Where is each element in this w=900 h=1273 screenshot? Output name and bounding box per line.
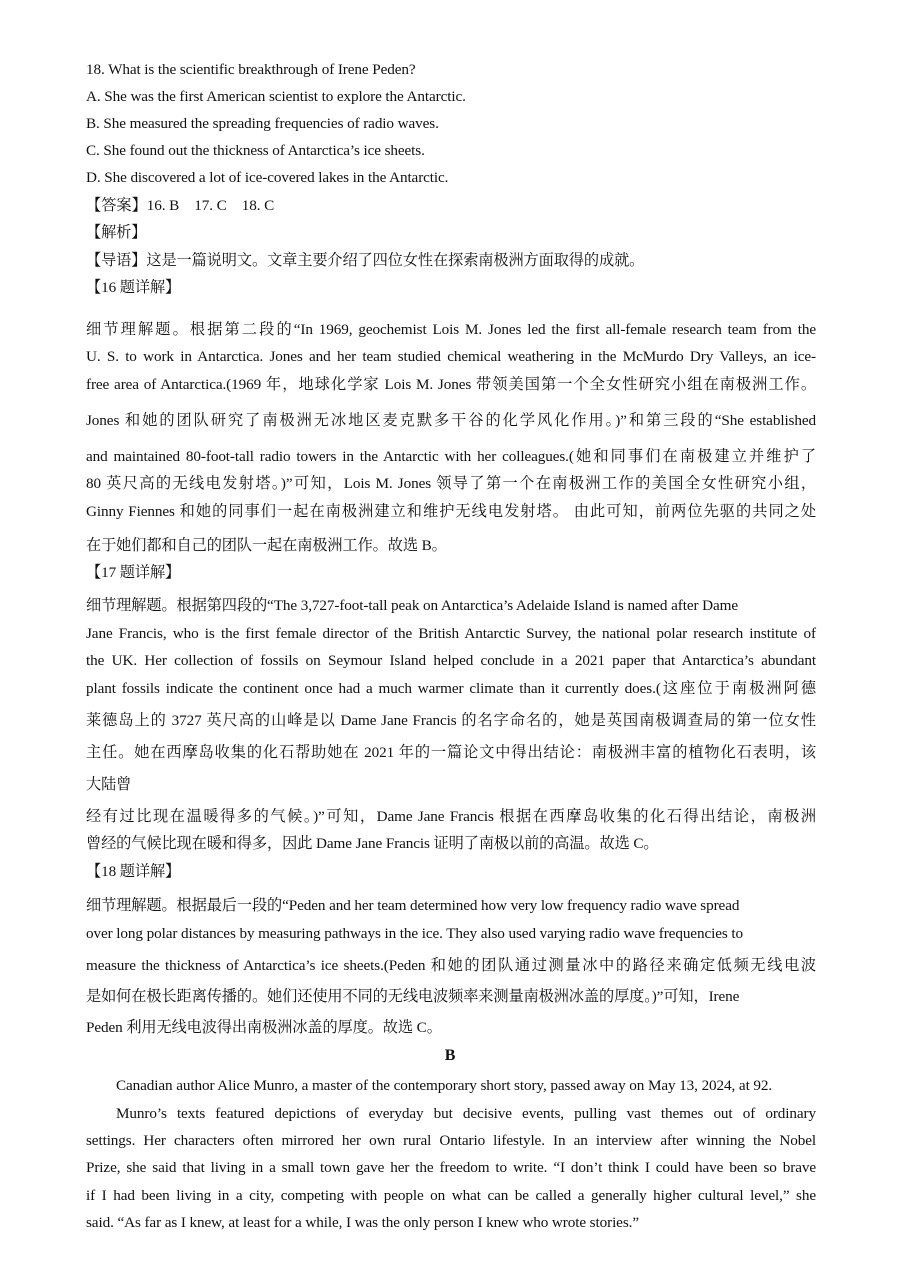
document-page: 18. What is the scientific breakthrough … [0, 0, 900, 1273]
q18-line: Peden 利用无线电波得出南极洲冰盖的厚度。故选 C。 [86, 1018, 442, 1038]
passage-b-para1: Canadian author Alice Munro, a master of… [116, 1076, 772, 1096]
q17-line: 大陆曾 [86, 775, 131, 795]
q16-line: 在于她们都和自己的团队一起在南极洲工作。故选 B。 [86, 536, 447, 556]
q18-line: 是如何在极长距离传播的。她们还使用不同的无线电波频率来测量南极洲冰盖的厚度。)”… [86, 987, 739, 1007]
q16-line: 细节理解题。根据第二段的“In 1969, geochemist Lois M.… [86, 320, 816, 340]
analysis-label: 【解析】 [86, 223, 146, 243]
q17-line: the UK. Her collection of fossils on Sey… [86, 651, 816, 671]
answer-label: 【答案】 [86, 197, 147, 214]
analysis-intro: 【导语】这是一篇说明文。文章主要介绍了四位女性在探索南极洲方面取得的成就。 [86, 251, 644, 271]
option-c: C. She found out the thickness of Antarc… [86, 141, 425, 161]
q17-line: 曾经的气候比现在暖和得多，因此 Dame Jane Francis 证明了南极以… [86, 834, 659, 854]
option-d: D. She discovered a lot of ice-covered l… [86, 168, 448, 188]
q16-line: Jones 和她的团队研究了南极洲无冰地区麦克默多干谷的化学风化作用。)”和第三… [86, 411, 816, 431]
q17-line: 细节理解题。根据第四段的“The 3,727-foot-tall peak on… [86, 596, 738, 616]
question-18-stem: 18. What is the scientific breakthrough … [86, 60, 416, 80]
passage-b-para2-line: Prize, she said that living in a small t… [86, 1158, 816, 1178]
passage-b-title: B [0, 1046, 900, 1066]
option-a: A. She was the first American scientist … [86, 87, 466, 107]
q18-line: 细节理解题。根据最后一段的“Peden and her team determi… [86, 896, 739, 916]
q16-line: free area of Antarctica.(1969 年，地球化学家 Lo… [86, 375, 816, 395]
q17-heading: 【17 题详解】 [86, 563, 180, 583]
passage-b-para2-line: if I had been living in a city, competin… [86, 1186, 816, 1206]
answer-line: 【答案】16. B 17. C 18. C [86, 196, 274, 216]
q17-line: Jane Francis, who is the first female di… [86, 624, 816, 644]
q18-line: measure the thickness of Antarctica’s ic… [86, 956, 816, 976]
q17-line: plant fossils indicate the continent onc… [86, 679, 816, 699]
q18-line: over long polar distances by measuring p… [86, 924, 743, 944]
passage-b-para2-line: Munro’s texts featured depictions of eve… [116, 1104, 816, 1124]
q17-line: 莱德岛上的 3727 英尺高的山峰是以 Dame Jane Francis 的名… [86, 711, 816, 731]
passage-b-para2-line: said. “As far as I knew, at least for a … [86, 1213, 639, 1233]
q16-line: and maintained 80-foot-tall radio towers… [86, 447, 816, 467]
q16-heading: 【16 题详解】 [86, 278, 180, 298]
q16-line: Ginny Fiennes 和她的同事们一起在南极洲建立和维护无线电发射塔。 由… [86, 502, 816, 522]
answer-values: 16. B 17. C 18. C [147, 197, 274, 214]
q16-line: 80 英尺高的无线电发射塔。)”可知，Lois M. Jones 领导了第一个在… [86, 474, 816, 494]
q17-line: 经有过比现在温暖得多的气候。)”可知，Dame Jane Francis 根据在… [86, 807, 816, 827]
q17-line: 主任。她在西摩岛收集的化石帮助她在 2021 年的一篇论文中得出结论：南极洲丰富… [86, 743, 816, 763]
passage-b-para2-line: settings. Her characters often mirrored … [86, 1131, 816, 1151]
q18-heading: 【18 题详解】 [86, 862, 180, 882]
q16-line: U. S. to work in Antarctica. Jones and h… [86, 347, 816, 367]
option-b: B. She measured the spreading frequencie… [86, 114, 439, 134]
